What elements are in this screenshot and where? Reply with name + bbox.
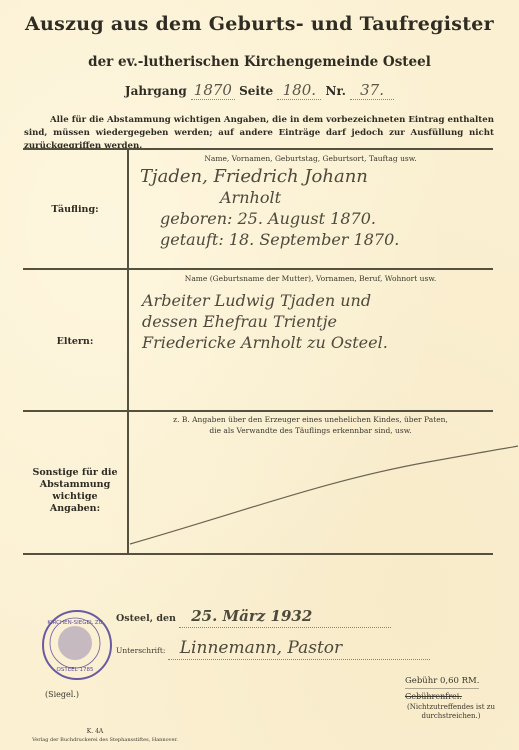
date-value: 25. März 1932 [179, 606, 391, 628]
row-label-eltern: Eltern: [23, 336, 127, 348]
document-title: Auszug aus dem Geburts- und Taufregister [0, 13, 519, 35]
table-bottom-rule [23, 553, 493, 555]
row-divider-2 [23, 410, 493, 412]
seal-label: (Siegel.) [45, 690, 79, 699]
row-divider-1 [23, 268, 493, 270]
jahrgang-label: Jahrgang [125, 84, 187, 98]
table-top-rule [23, 148, 493, 150]
seite-value: 180. [277, 81, 321, 100]
place-date-line: Osteel, den 25. März 1932 [116, 606, 391, 628]
caption-taeufling: Name, Vornamen, Geburtstag, Geburtsort, … [128, 153, 493, 164]
svg-text:OSTEEL 1785: OSTEEL 1785 [57, 667, 94, 673]
handwriting-line: Arnholt [140, 187, 399, 208]
publisher-line: Verlag der Buchdruckerei des Stephanssti… [10, 737, 200, 743]
handwriting-line: Tjaden, Friedrich Johann [140, 166, 399, 187]
signature-value: Linnemann, Pastor [168, 638, 430, 660]
signature-label: Unterschrift: [116, 646, 165, 655]
place-label: Osteel, den [116, 613, 176, 624]
form-number: K. 4A [0, 728, 190, 735]
strike-through-line [128, 440, 519, 550]
entry-taeufling: Tjaden, Friedrich Johann Arnholt geboren… [140, 166, 399, 250]
handwriting-line: dessen Ehefrau Trientje [142, 311, 388, 332]
fee-note: (Nichtzutreffendes ist zu durchstreichen… [396, 703, 506, 721]
handwriting-line: getauft: 18. September 1870. [140, 229, 399, 250]
signature-line: Unterschrift: Linnemann, Pastor [116, 638, 430, 660]
seite-label: Seite [239, 84, 273, 98]
fee-amount: Gebühr 0,60 RM. [405, 676, 479, 689]
caption-eltern: Name (Geburtsname der Mutter), Vornamen,… [128, 273, 493, 284]
handwriting-line: geboren: 25. August 1870. [140, 208, 399, 229]
handwriting-line: Arbeiter Ludwig Tjaden und [142, 290, 388, 311]
handwriting-line: Friedericke Arnholt zu Osteel. [142, 332, 388, 353]
nr-value: 37. [350, 81, 394, 100]
nr-label: Nr. [326, 84, 346, 98]
jahrgang-value: 1870 [191, 81, 235, 100]
row-label-taeufling: Täufling: [23, 204, 127, 216]
document-subtitle: der ev.-lutherischen Kirchengemeinde Ost… [0, 54, 519, 70]
register-reference: Jahrgang 1870 Seite 180. Nr. 37. [0, 81, 519, 100]
document-page: Auszug aus dem Geburts- und Taufregister… [0, 0, 519, 750]
caption-sonstige: z. B. Angaben über den Erzeuger eines un… [128, 414, 493, 436]
fee-free: Gebührenfrei. [405, 692, 462, 701]
svg-text:KIRCHEN-SIEGEL ZU: KIRCHEN-SIEGEL ZU [47, 620, 102, 626]
church-seal: KIRCHEN-SIEGEL ZU OSTEEL 1785 [42, 610, 112, 680]
row-label-sonstige: Sonstige für die Abstammung wichtige Ang… [23, 467, 127, 515]
seal-ring-icon: KIRCHEN-SIEGEL ZU OSTEEL 1785 [42, 610, 108, 676]
entry-eltern: Arbeiter Ludwig Tjaden und dessen Ehefra… [142, 290, 388, 353]
